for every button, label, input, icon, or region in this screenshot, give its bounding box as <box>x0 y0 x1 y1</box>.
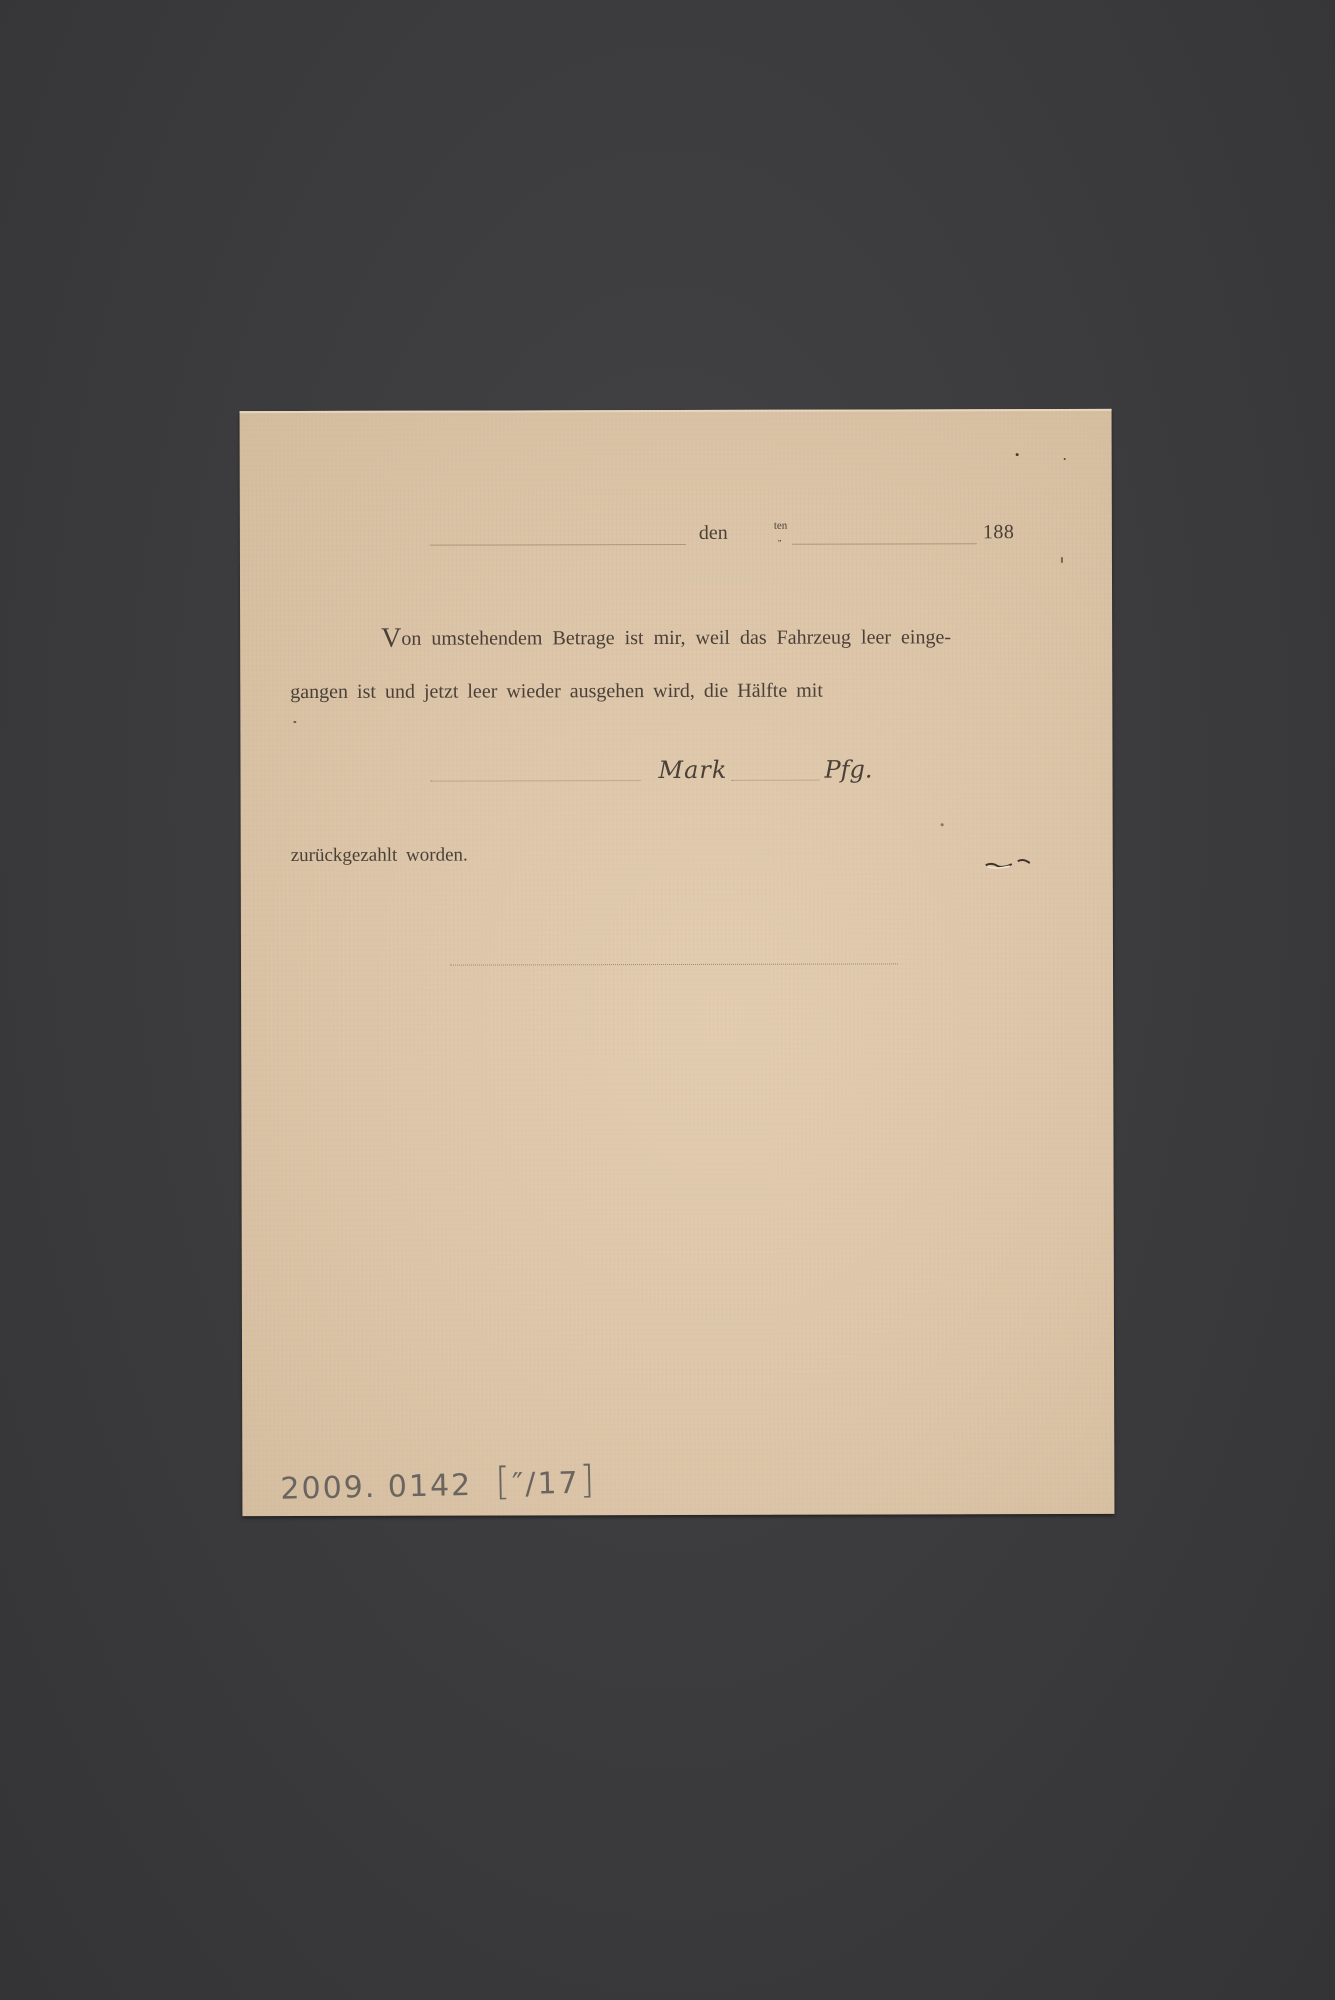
paper-tear-mark <box>984 857 1044 871</box>
date-den-label: den <box>699 522 728 545</box>
year-prefix-label: 188 <box>983 521 1015 544</box>
receipt-form-sheet: den ten „ 188 Von umstehendem Betrage is… <box>240 409 1115 1516</box>
paper-speck <box>1061 557 1063 563</box>
month-blank-line <box>792 543 977 544</box>
handwritten-accession-number: 2009. 0142 [″/17] <box>280 1457 597 1507</box>
paper-speck <box>1064 458 1066 460</box>
paper-speck <box>941 823 944 826</box>
body-text-line-1: Von umstehendem Betrage ist mir, weil da… <box>381 619 951 652</box>
body-dropcap: V <box>381 623 401 654</box>
accession-bracket-note: ″/17 <box>512 1466 580 1502</box>
closing-text: zurückgezahlt worden. <box>291 845 468 867</box>
place-blank-line <box>430 544 686 546</box>
signature-blank-line <box>450 963 898 965</box>
paper-speck <box>293 721 296 723</box>
mark-amount-blank-line <box>431 780 641 782</box>
pfg-label: Pfg. <box>824 755 872 783</box>
accession-bracket-close: ] <box>579 1457 597 1501</box>
day-suffix-label: ten <box>774 520 787 532</box>
day-suffix-mark: „ <box>778 534 782 543</box>
mark-label: Mark <box>658 756 727 784</box>
body-line-1-text: on umstehendem Betrage ist mir, weil das… <box>401 626 951 649</box>
accession-bracket-open: [ <box>495 1459 513 1503</box>
accession-number: 2009. 0142 <box>280 1468 472 1507</box>
paper-speck <box>1016 453 1019 456</box>
pfg-amount-blank-line <box>732 780 820 781</box>
body-text-line-2: gangen ist und jetzt leer wieder ausgehe… <box>290 680 823 704</box>
